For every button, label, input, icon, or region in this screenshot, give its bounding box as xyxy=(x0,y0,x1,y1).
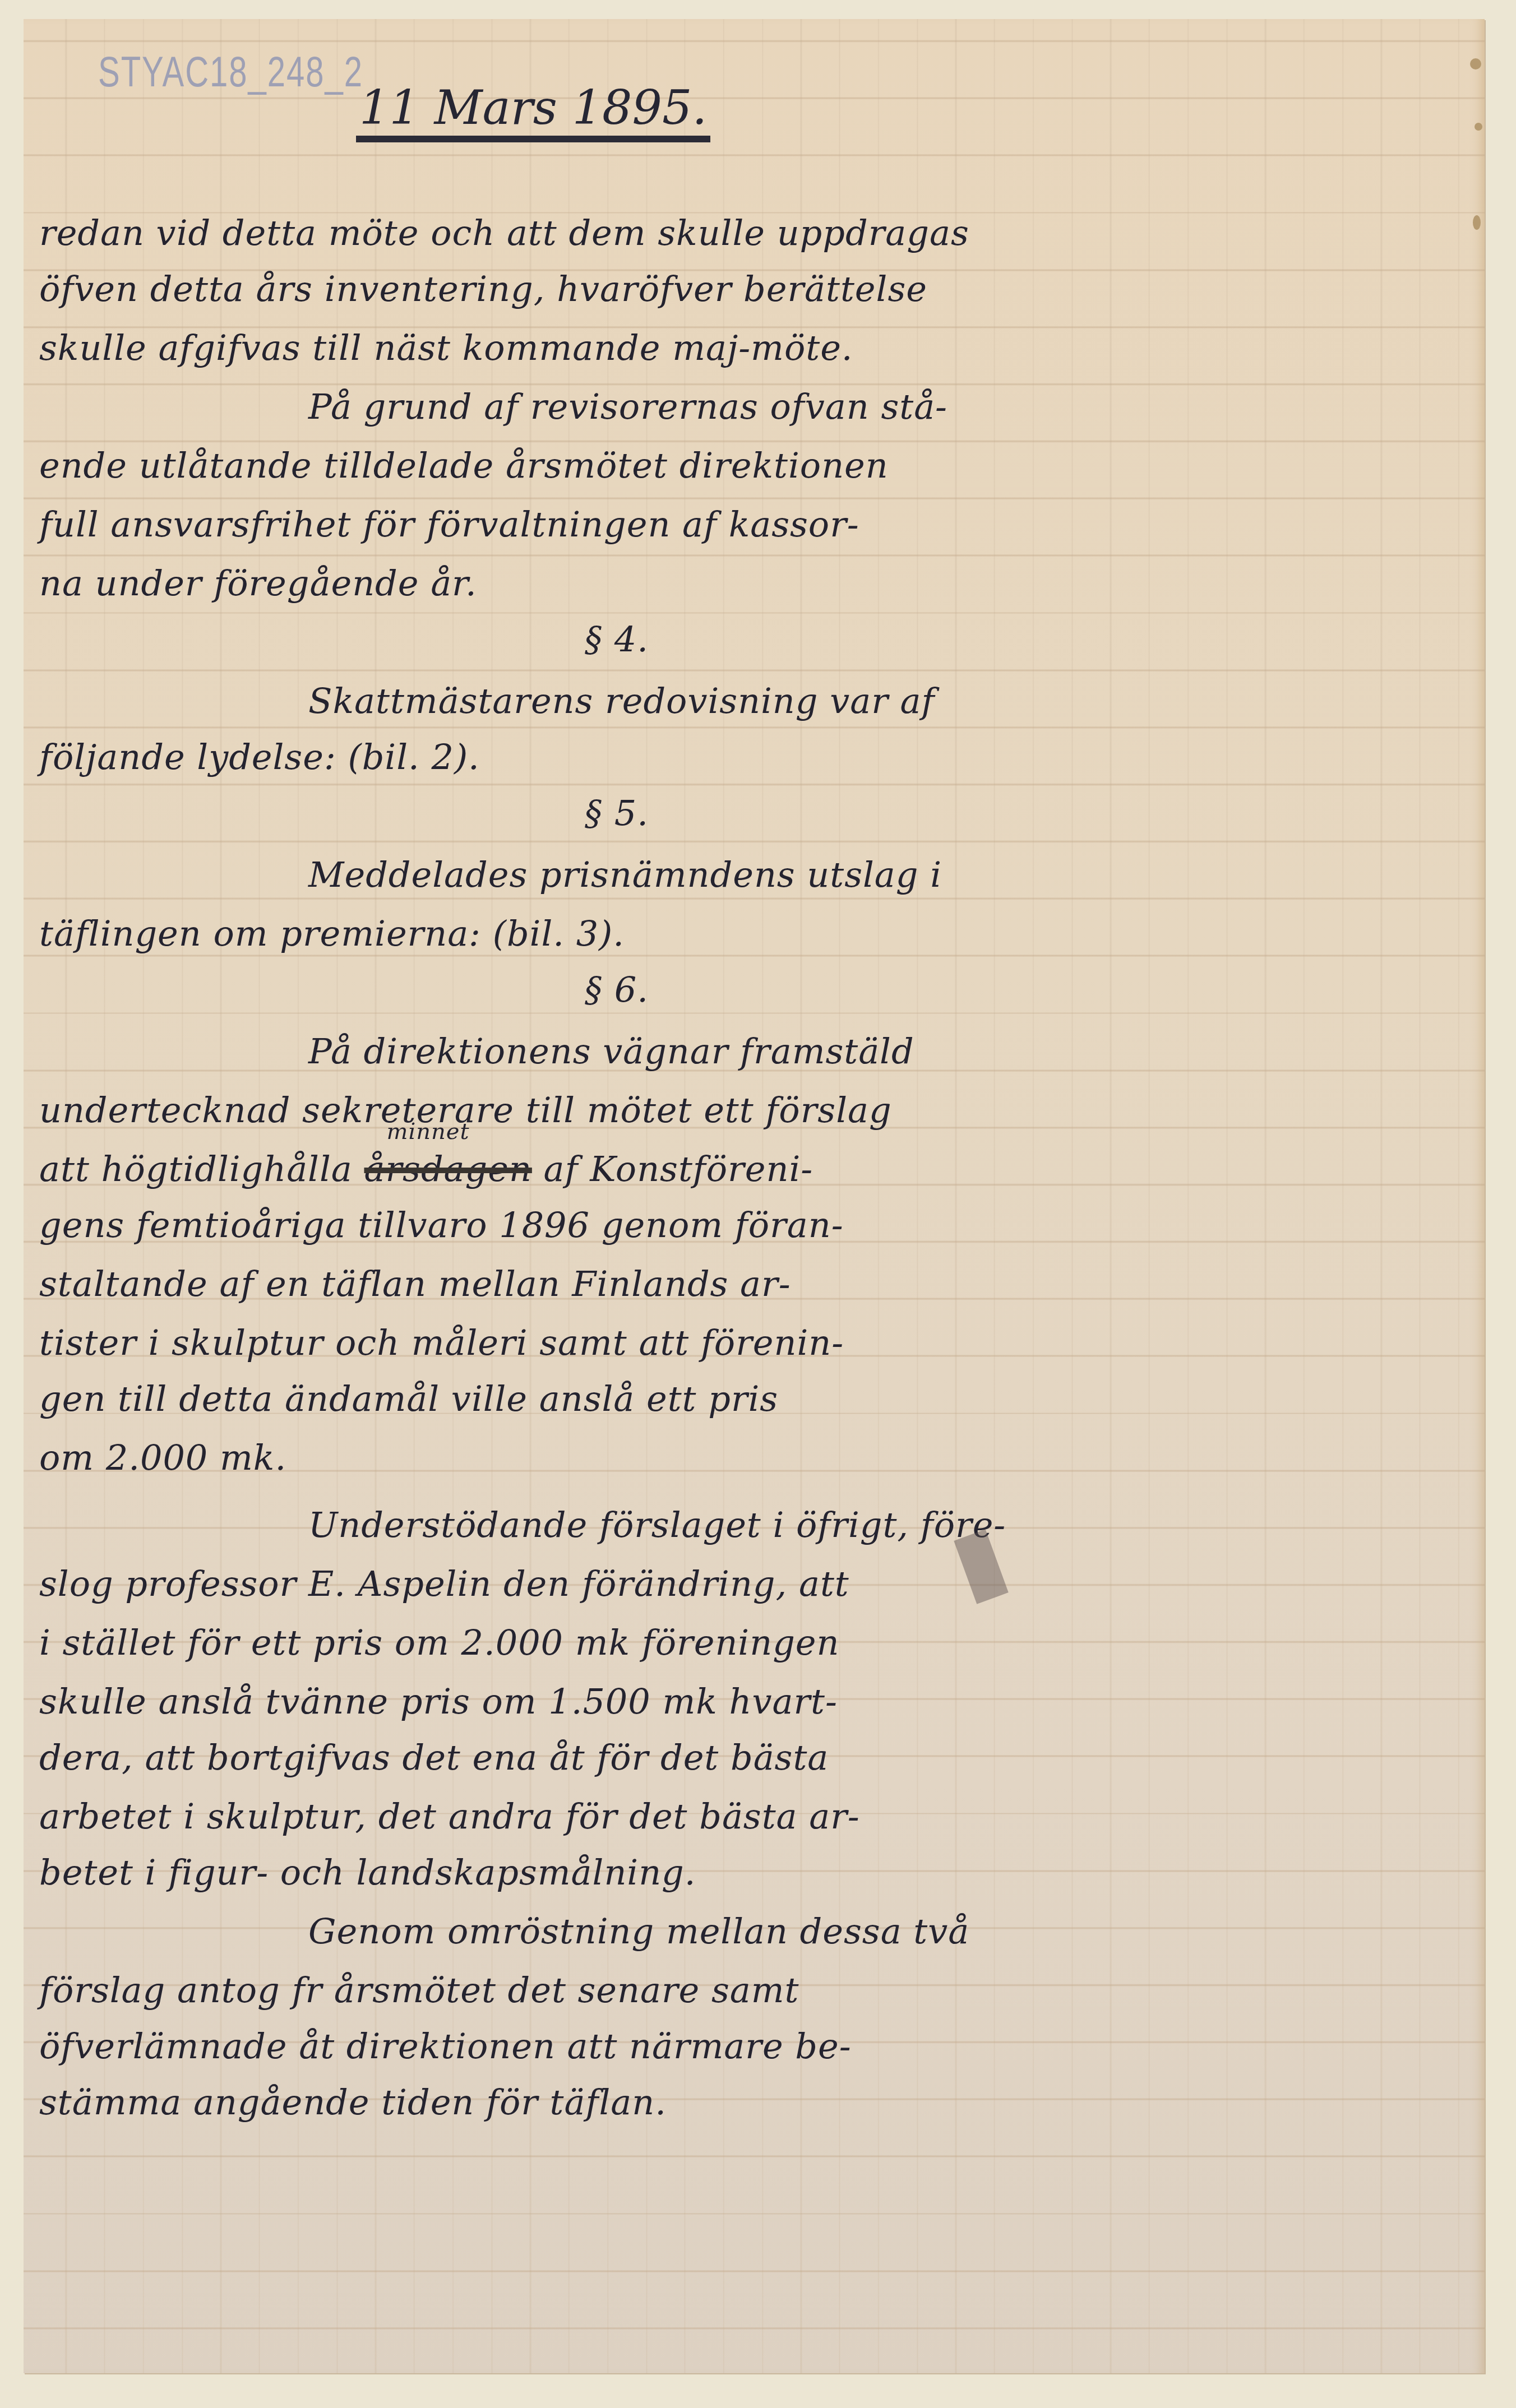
punch-hole xyxy=(1473,215,1481,230)
text-line: arbetet i skulptur, det andra för det bä… xyxy=(39,1799,1116,1834)
manuscript-page xyxy=(24,19,1485,2373)
text-segment: att högtidlighålla xyxy=(39,1149,353,1189)
text-line: betet i figur- och landskapsmålning. xyxy=(39,1855,1116,1890)
text-line: stämma angående tiden för täflan. xyxy=(39,2085,1116,2120)
date-heading: 11 Mars 1895. xyxy=(356,84,710,142)
text-line-with-correction: att högtidlighålla årsdagenminnet af Kon… xyxy=(39,1152,1116,1187)
grid-ruling xyxy=(24,19,1485,2373)
text-line: na under föregående år. xyxy=(39,566,1116,601)
text-line: slog professor E. Aspelin den förändring… xyxy=(39,1567,1116,1601)
text-line: följande lydelse: (bil. 2). xyxy=(39,740,1116,775)
text-line: dera, att bortgifvas det ena åt för det … xyxy=(39,1740,1116,1775)
struck-text: årsdagen xyxy=(364,1149,531,1189)
text-line: full ansvarsfrihet för förvaltningen af … xyxy=(39,507,1116,542)
text-line: Genom omröstning mellan dessa två xyxy=(308,1914,1385,1949)
text-line: På direktionens vägnar framstäld xyxy=(308,1034,1385,1069)
section-heading: § 4. xyxy=(0,622,1233,657)
text-line: öfven detta års inventering, hvaröfver b… xyxy=(39,272,1116,307)
text-line: gens femtioåriga tillvaro 1896 genom för… xyxy=(39,1208,1116,1243)
text-line: täflingen om premierna: (bil. 3). xyxy=(39,916,1116,951)
text-line: tister i skulptur och måleri samt att fö… xyxy=(39,1326,1116,1360)
text-line: om 2.000 mk. xyxy=(39,1441,1116,1475)
section-heading: § 6. xyxy=(0,973,1233,1007)
text-segment: af Konstföreni- xyxy=(544,1149,814,1189)
text-line: Meddelades prisnämndens utslag i xyxy=(308,858,1385,892)
text-line: undertecknad sekreterare till mötet ett … xyxy=(39,1093,1116,1128)
struck-word: årsdagenminnet xyxy=(364,1149,531,1189)
text-line: På grund af revisorernas ofvan stå- xyxy=(308,390,1385,424)
archive-id-stamp: STYAC18_248_2 xyxy=(98,48,363,96)
punch-hole xyxy=(1475,123,1482,131)
text-line: redan vid detta möte och att dem skulle … xyxy=(39,216,1116,251)
punch-hole xyxy=(1470,58,1481,70)
text-line: gen till detta ändamål ville anslå ett p… xyxy=(39,1382,1116,1416)
section-heading: § 5. xyxy=(0,796,1233,831)
text-line: staltande af en täflan mellan Finlands a… xyxy=(39,1267,1116,1302)
text-line: skulle afgifvas till näst kommande maj-m… xyxy=(39,331,1116,365)
text-line: förslag antog fr årsmötet det senare sam… xyxy=(39,1973,1116,2008)
text-line: öfverlämnade åt direktionen att närmare … xyxy=(39,2029,1116,2064)
text-line: Understödande förslaget i öfrigt, före- xyxy=(308,1508,1385,1543)
text-line: skulle anslå tvänne pris om 1.500 mk hva… xyxy=(39,1684,1116,1719)
text-line: i stället för ett pris om 2.000 mk fören… xyxy=(39,1626,1116,1660)
text-line: ende utlåtande tilldelade årsmötet direk… xyxy=(39,448,1116,483)
inserted-word: minnet xyxy=(386,1120,469,1143)
text-line: Skattmästarens redovisning var af xyxy=(308,684,1385,719)
